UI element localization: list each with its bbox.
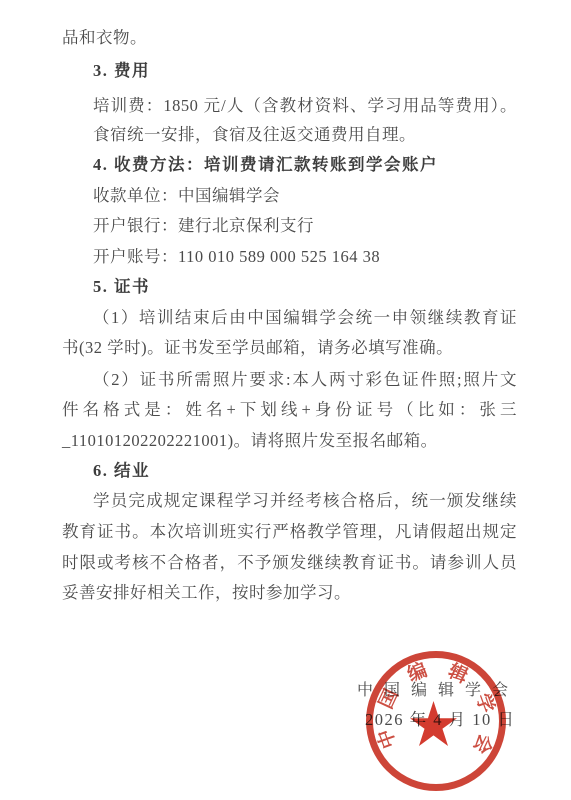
- bank-line: 开户银行：建行北京保利支行: [93, 215, 517, 237]
- finish-line4: 妥善安排好相关工作，按时参加学习。: [62, 582, 517, 604]
- section-heading-cert: 5. 证书: [93, 276, 517, 298]
- section-heading-fee: 3. 费用: [93, 60, 517, 82]
- account-number-line: 开户账号：110 010 589 000 525 164 38: [93, 246, 517, 268]
- cert-item1-line2: 书(32 学时)。证书发至学员邮箱，请务必填写准确。: [62, 337, 517, 359]
- finish-line2: 教育证书。本次培训班实行严格教学管理，凡请假超出规定: [62, 521, 517, 543]
- payee-line: 收款单位：中国编辑学会: [93, 185, 517, 207]
- section-heading-payment: 4. 收费方法：培训费请汇款转账到学会账户: [93, 154, 517, 176]
- section-heading-finish: 6. 结业: [93, 460, 517, 482]
- document-page: 品和衣物。 3. 费用 培训费：1850 元/人（含教材资料、学习用品等费用）。…: [0, 0, 571, 800]
- finish-line3: 时限或考核不合格者，不予颁发继续教育证书。请参训人员: [62, 552, 517, 574]
- cert-item1-line1: （1）培训结束后由中国编辑学会统一申领继续教育证: [93, 307, 517, 329]
- board-lodging-line: 食宿统一安排，食宿及往返交通费用自理。: [93, 124, 517, 146]
- cert-item2-line1: （2）证书所需照片要求:本人两寸彩色证件照;照片文: [93, 369, 517, 391]
- official-seal: 中 国 编 辑 学 会: [366, 651, 506, 791]
- fee-amount-line: 培训费：1850 元/人（含教材资料、学习用品等费用）。: [93, 95, 517, 117]
- finish-line1: 学员完成规定课程学习并经考核合格后，统一颁发继续: [93, 490, 517, 512]
- cert-item2-line2: 件名格式是：姓名+下划线+身份证号（比如：张三: [62, 399, 517, 421]
- cert-item2-line3: _110101202202221001)。请将照片发至报名邮箱。: [62, 430, 517, 452]
- doc-line-continuation: 品和衣物。: [62, 27, 517, 49]
